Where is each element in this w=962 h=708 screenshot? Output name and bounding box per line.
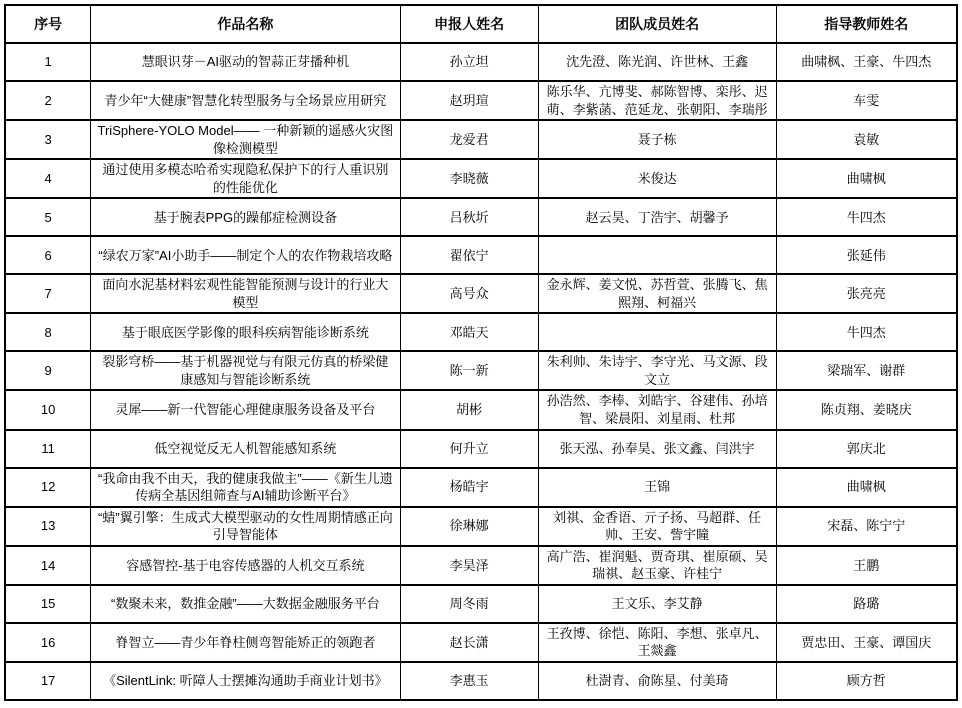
applicant-name: 孙立坦 xyxy=(400,43,538,81)
col-header-advisors: 指导教师姓名 xyxy=(776,5,957,43)
row-number: 16 xyxy=(5,623,91,662)
advisor-names: 牛四杰 xyxy=(776,198,957,236)
row-number: 8 xyxy=(5,313,91,351)
row-number: 9 xyxy=(5,351,91,390)
advisor-names: 陈贞翔、姜晓庆 xyxy=(776,390,957,429)
work-title: 脊智立——青少年脊柱侧弯智能矫正的领跑者 xyxy=(91,623,400,662)
advisor-names: 宋磊、陈宁宁 xyxy=(776,507,957,546)
work-title: 灵犀——新一代智能心理健康服务设备及平台 xyxy=(91,390,400,429)
advisor-names: 顾方哲 xyxy=(776,662,957,700)
applicant-name: 邓皓天 xyxy=(400,313,538,351)
advisor-names: 曲啸枫、王豪、牛四杰 xyxy=(776,43,957,81)
work-title: 裂影穹桥——基于机器视觉与有限元仿真的桥梁健康感知与智能诊断系统 xyxy=(91,351,400,390)
project-roster-table: 序号 作品名称 申报人姓名 团队成员姓名 指导教师姓名 1 慧眼识芽－AI驱动的… xyxy=(4,4,958,701)
applicant-name: 赵玥瑄 xyxy=(400,81,538,120)
applicant-name: 周冬雨 xyxy=(400,585,538,623)
table-row: 3 TriSphere-YOLO Model—— 一种新颖的遥感火灾图像检测模型… xyxy=(5,120,957,159)
table-row: 12 “我命由我不由天，我的健康我做主”——《新生儿遗传病全基因组筛查与AI辅助… xyxy=(5,468,957,507)
applicant-name: 何升立 xyxy=(400,430,538,468)
table-header: 序号 作品名称 申报人姓名 团队成员姓名 指导教师姓名 xyxy=(5,5,957,43)
advisor-names: 路璐 xyxy=(776,585,957,623)
work-title: “我命由我不由天，我的健康我做主”——《新生儿遗传病全基因组筛查与AI辅助诊断平… xyxy=(91,468,400,507)
team-members: 王文乐、李艾静 xyxy=(538,585,776,623)
applicant-name: 翟依宁 xyxy=(400,236,538,274)
work-title: 慧眼识芽－AI驱动的智蒜正芽播种机 xyxy=(91,43,400,81)
advisor-names: 郭庆北 xyxy=(776,430,957,468)
applicant-name: 龙爱君 xyxy=(400,120,538,159)
advisor-names: 贾忠田、王豪、谭国庆 xyxy=(776,623,957,662)
table-row: 8 基于眼底医学影像的眼科疾病智能诊断系统 邓皓天 牛四杰 xyxy=(5,313,957,351)
team-members: 朱利帅、朱诗宇、李守光、马文源、段文立 xyxy=(538,351,776,390)
row-number: 2 xyxy=(5,81,91,120)
row-number: 12 xyxy=(5,468,91,507)
applicant-name: 李晓薇 xyxy=(400,159,538,198)
row-number: 10 xyxy=(5,390,91,429)
team-members: 王孜博、徐恺、陈阳、李想、张卓凡、王燚鑫 xyxy=(538,623,776,662)
team-members: 陈乐华、亢博斐、郝陈智博、栾彤、迟萌、李紫菡、范延龙、张朝阳、李瑞彤 xyxy=(538,81,776,120)
table-row: 10 灵犀——新一代智能心理健康服务设备及平台 胡彬 孙浩然、李棒、刘皓宇、谷建… xyxy=(5,390,957,429)
work-title: 面向水泥基材料宏观性能智能预测与设计的行业大模型 xyxy=(91,274,400,313)
work-title: 基于腕表PPG的躁郁症检测设备 xyxy=(91,198,400,236)
team-members: 金永辉、姜文悦、苏哲萱、张腾飞、焦熙翔、柯福兴 xyxy=(538,274,776,313)
team-members xyxy=(538,236,776,274)
table-row: 17 《SilentLink: 听障人士摆摊沟通助手商业计划书》 李惠玉 杜澍青… xyxy=(5,662,957,700)
table-row: 16 脊智立——青少年脊柱侧弯智能矫正的领跑者 赵长潇 王孜博、徐恺、陈阳、李想… xyxy=(5,623,957,662)
table-row: 4 通过使用多模态哈希实现隐私保护下的行人重识别的性能优化 李晓薇 米俊达 曲啸… xyxy=(5,159,957,198)
team-members: 沈先澄、陈光润、许世林、王鑫 xyxy=(538,43,776,81)
team-members: 孙浩然、李棒、刘皓宇、谷建伟、孙培智、梁晨阳、刘星雨、杜邦 xyxy=(538,390,776,429)
work-title: 低空视觉反无人机智能感知系统 xyxy=(91,430,400,468)
advisor-names: 梁瑞军、谢群 xyxy=(776,351,957,390)
team-members: 刘祺、金香语、亓子扬、马超群、任帅、王安、訾宇瞳 xyxy=(538,507,776,546)
row-number: 5 xyxy=(5,198,91,236)
applicant-name: 李惠玉 xyxy=(400,662,538,700)
advisor-names: 张亮亮 xyxy=(776,274,957,313)
applicant-name: 高号众 xyxy=(400,274,538,313)
advisor-names: 张延伟 xyxy=(776,236,957,274)
work-title: “数聚未来，数推金融”——大数据金融服务平台 xyxy=(91,585,400,623)
work-title: 青少年“大健康”智慧化转型服务与全场景应用研究 xyxy=(91,81,400,120)
row-number: 15 xyxy=(5,585,91,623)
team-members: 赵云昊、丁浩宇、胡馨予 xyxy=(538,198,776,236)
table-body: 1 慧眼识芽－AI驱动的智蒜正芽播种机 孙立坦 沈先澄、陈光润、许世林、王鑫 曲… xyxy=(5,43,957,700)
team-members: 聂子栋 xyxy=(538,120,776,159)
advisor-names: 曲啸枫 xyxy=(776,468,957,507)
table-row: 15 “数聚未来，数推金融”——大数据金融服务平台 周冬雨 王文乐、李艾静 路璐 xyxy=(5,585,957,623)
table-row: 2 青少年“大健康”智慧化转型服务与全场景应用研究 赵玥瑄 陈乐华、亢博斐、郝陈… xyxy=(5,81,957,120)
row-number: 14 xyxy=(5,546,91,585)
header-row: 序号 作品名称 申报人姓名 团队成员姓名 指导教师姓名 xyxy=(5,5,957,43)
applicant-name: 吕秋圻 xyxy=(400,198,538,236)
row-number: 7 xyxy=(5,274,91,313)
row-number: 17 xyxy=(5,662,91,700)
team-members: 杜澍青、俞陈星、付美琦 xyxy=(538,662,776,700)
advisor-names: 王鹏 xyxy=(776,546,957,585)
row-number: 6 xyxy=(5,236,91,274)
col-header-index: 序号 xyxy=(5,5,91,43)
team-members xyxy=(538,313,776,351)
table-row: 13 “蜻”翼引擎：生成式大模型驱动的女性周期情感正向引导智能体 徐琳娜 刘祺、… xyxy=(5,507,957,546)
advisor-names: 牛四杰 xyxy=(776,313,957,351)
work-title: 通过使用多模态哈希实现隐私保护下的行人重识别的性能优化 xyxy=(91,159,400,198)
team-members: 米俊达 xyxy=(538,159,776,198)
applicant-name: 陈一新 xyxy=(400,351,538,390)
table-row: 5 基于腕表PPG的躁郁症检测设备 吕秋圻 赵云昊、丁浩宇、胡馨予 牛四杰 xyxy=(5,198,957,236)
work-title: “蜻”翼引擎：生成式大模型驱动的女性周期情感正向引导智能体 xyxy=(91,507,400,546)
team-members: 高广浩、崔润魁、贾奇琪、崔原硕、吴瑞祺、赵玉豪、许桂宁 xyxy=(538,546,776,585)
table-row: 7 面向水泥基材料宏观性能智能预测与设计的行业大模型 高号众 金永辉、姜文悦、苏… xyxy=(5,274,957,313)
col-header-team-members: 团队成员姓名 xyxy=(538,5,776,43)
col-header-applicant: 申报人姓名 xyxy=(400,5,538,43)
work-title: “绿农万家”AI小助手——制定个人的农作物栽培攻略 xyxy=(91,236,400,274)
team-members: 王锦 xyxy=(538,468,776,507)
col-header-work-title: 作品名称 xyxy=(91,5,400,43)
row-number: 11 xyxy=(5,430,91,468)
applicant-name: 李昊泽 xyxy=(400,546,538,585)
work-title: 基于眼底医学影像的眼科疾病智能诊断系统 xyxy=(91,313,400,351)
advisor-names: 袁敏 xyxy=(776,120,957,159)
work-title: 容感智控-基于电容传感器的人机交互系统 xyxy=(91,546,400,585)
row-number: 3 xyxy=(5,120,91,159)
row-number: 13 xyxy=(5,507,91,546)
applicant-name: 杨皓宇 xyxy=(400,468,538,507)
advisor-names: 车雯 xyxy=(776,81,957,120)
advisor-names: 曲啸枫 xyxy=(776,159,957,198)
applicant-name: 徐琳娜 xyxy=(400,507,538,546)
table-row: 11 低空视觉反无人机智能感知系统 何升立 张天泓、孙奉昊、张文鑫、闫洪宇 郭庆… xyxy=(5,430,957,468)
team-members: 张天泓、孙奉昊、张文鑫、闫洪宇 xyxy=(538,430,776,468)
row-number: 4 xyxy=(5,159,91,198)
page: 序号 作品名称 申报人姓名 团队成员姓名 指导教师姓名 1 慧眼识芽－AI驱动的… xyxy=(0,0,962,708)
table-row: 6 “绿农万家”AI小助手——制定个人的农作物栽培攻略 翟依宁 张延伟 xyxy=(5,236,957,274)
table-row: 14 容感智控-基于电容传感器的人机交互系统 李昊泽 高广浩、崔润魁、贾奇琪、崔… xyxy=(5,546,957,585)
row-number: 1 xyxy=(5,43,91,81)
work-title: 《SilentLink: 听障人士摆摊沟通助手商业计划书》 xyxy=(91,662,400,700)
table-row: 1 慧眼识芽－AI驱动的智蒜正芽播种机 孙立坦 沈先澄、陈光润、许世林、王鑫 曲… xyxy=(5,43,957,81)
table-row: 9 裂影穹桥——基于机器视觉与有限元仿真的桥梁健康感知与智能诊断系统 陈一新 朱… xyxy=(5,351,957,390)
applicant-name: 赵长潇 xyxy=(400,623,538,662)
work-title: TriSphere-YOLO Model—— 一种新颖的遥感火灾图像检测模型 xyxy=(91,120,400,159)
applicant-name: 胡彬 xyxy=(400,390,538,429)
